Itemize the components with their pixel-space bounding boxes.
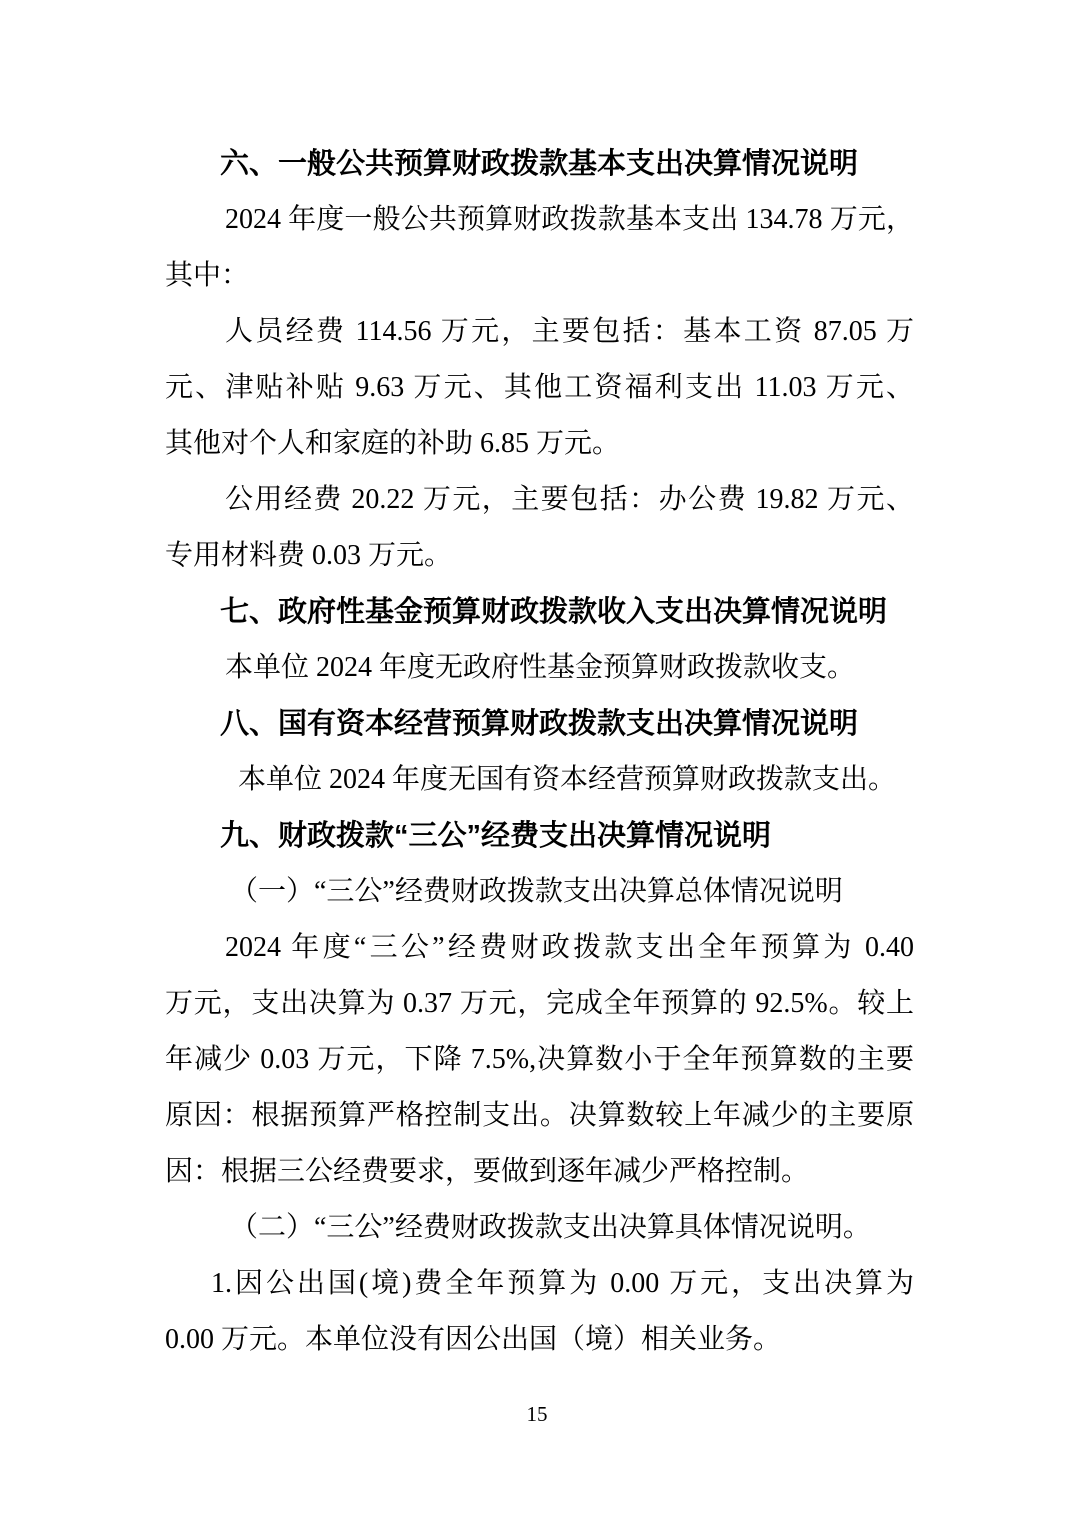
body-line: 万元，支出决算为 0.37 万元，完成全年预算的 92.5%。较上	[165, 976, 914, 1032]
body-line: 2024 年度“三公”经费财政拨款支出全年预算为 0.40	[165, 920, 914, 976]
body-line: 年减少 0.03 万元，下降 7.5%,决算数小于全年预算数的主要	[165, 1032, 914, 1088]
body-line: 原因：根据预算严格控制支出。决算数较上年减少的主要原	[165, 1088, 914, 1144]
heading-section-nine: 九、财政拨款“三公”经费支出决算情况说明	[165, 808, 914, 864]
body-line: 人员经费 114.56 万元，主要包括：基本工资 87.05 万	[165, 304, 914, 360]
heading-section-six: 六、一般公共预算财政拨款基本支出决算情况说明	[165, 136, 914, 192]
document-page: 六、一般公共预算财政拨款基本支出决算情况说明 2024 年度一般公共预算财政拨款…	[0, 0, 1074, 1520]
heading-section-eight: 八、国有资本经营预算财政拨款支出决算情况说明	[165, 696, 914, 752]
heading-section-seven: 七、政府性基金预算财政拨款收入支出决算情况说明	[165, 584, 914, 640]
subheading-line: （二）“三公”经费财政拨款支出决算具体情况说明。	[165, 1200, 914, 1256]
body-line: 其中：	[165, 248, 914, 304]
body-line: 本单位 2024 年度无政府性基金预算财政拨款收支。	[165, 640, 914, 696]
body-line: 1.因公出国(境)费全年预算为 0.00 万元，支出决算为	[165, 1256, 914, 1312]
body-line: 元、津贴补贴 9.63 万元、其他工资福利支出 11.03 万元、	[165, 360, 914, 416]
page-number: 15	[0, 1402, 1074, 1427]
body-line: 2024 年度一般公共预算财政拨款基本支出 134.78 万元，	[165, 192, 914, 248]
body-line: 0.00 万元。本单位没有因公出国（境）相关业务。	[165, 1312, 914, 1368]
body-line: 本单位 2024 年度无国有资本经营预算财政拨款支出。	[165, 752, 914, 808]
body-line: 公用经费 20.22 万元，主要包括：办公费 19.82 万元、	[165, 472, 914, 528]
document-body: 六、一般公共预算财政拨款基本支出决算情况说明 2024 年度一般公共预算财政拨款…	[165, 136, 914, 1368]
body-line: 专用材料费 0.03 万元。	[165, 528, 914, 584]
subheading-line: （一）“三公”经费财政拨款支出决算总体情况说明	[165, 864, 914, 920]
body-line: 其他对个人和家庭的补助 6.85 万元。	[165, 416, 914, 472]
body-line: 因：根据三公经费要求，要做到逐年减少严格控制。	[165, 1144, 914, 1200]
